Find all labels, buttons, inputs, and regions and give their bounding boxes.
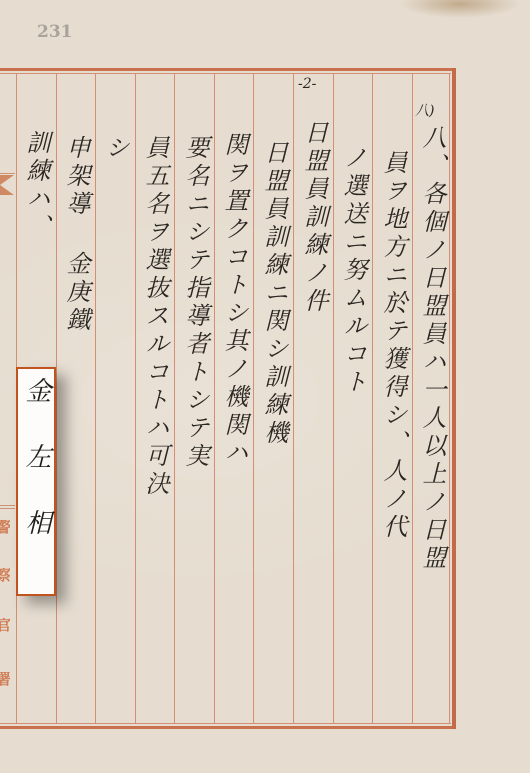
page-number: 231 xyxy=(37,22,73,42)
text-column-1: 八、各個ノ日盟員ハ一人以上ノ日盟 xyxy=(414,125,450,573)
text-column-2: 員ヲ地方ニ於テ獲得シ、人ノ代 xyxy=(375,150,411,542)
text-column-5: 日盟員訓練ニ関シ訓練機 xyxy=(256,140,292,448)
column-rule xyxy=(56,74,57,723)
column-rule xyxy=(135,74,136,723)
highlighted-name-text: 金左相 xyxy=(18,377,54,575)
frame-right-rule xyxy=(452,68,456,729)
highlighted-name-box[interactable]: 金左相 xyxy=(16,367,56,596)
text-column-11: 訓練ハ、 xyxy=(18,130,54,242)
section-mark: -2- xyxy=(298,76,316,92)
text-column-6: 関ヲ置クコトシ其ノ機関ハ xyxy=(216,132,252,468)
column-rule xyxy=(95,74,96,723)
column-rule xyxy=(412,74,413,723)
text-column-10: 申架導 金庚鐵 xyxy=(58,135,94,335)
text-column-7: 要名ニシテ指導者トシテ実 xyxy=(177,135,213,471)
margin-char: 官 xyxy=(0,618,10,633)
column-rule xyxy=(214,74,215,723)
text-column-9: シ xyxy=(97,135,133,163)
column-rule xyxy=(253,74,254,723)
column-rule xyxy=(293,74,294,723)
fishtail-fold-mark-icon xyxy=(0,175,14,195)
text-column-8: 員五名ヲ選抜スルコトハ可決 xyxy=(137,135,173,499)
frame-bottom-rule xyxy=(0,726,456,729)
column-rule xyxy=(174,74,175,723)
document-page: 231 警 察 官 署 -2- 八) 八、各個ノ日盟員ハ一人以上ノ日盟 員ヲ地方… xyxy=(0,0,530,773)
margin-char: 署 xyxy=(0,672,10,687)
text-column-3: ノ選送ニ努ムルコト xyxy=(335,145,371,397)
margin-rule xyxy=(0,508,15,509)
margin-char: 警 xyxy=(0,520,10,535)
text-column-4: 日盟員訓練ノ件 xyxy=(296,120,332,316)
item-mark: 八) xyxy=(415,100,434,120)
margin-char: 察 xyxy=(0,568,10,583)
column-rule xyxy=(372,74,373,723)
column-rule xyxy=(333,74,334,723)
fold-mark-line xyxy=(0,173,15,174)
frame-top-inner-rule xyxy=(0,73,451,74)
frame-top-rule xyxy=(0,68,456,71)
margin-rule xyxy=(0,505,15,506)
frame-bottom-inner-rule xyxy=(0,723,451,724)
